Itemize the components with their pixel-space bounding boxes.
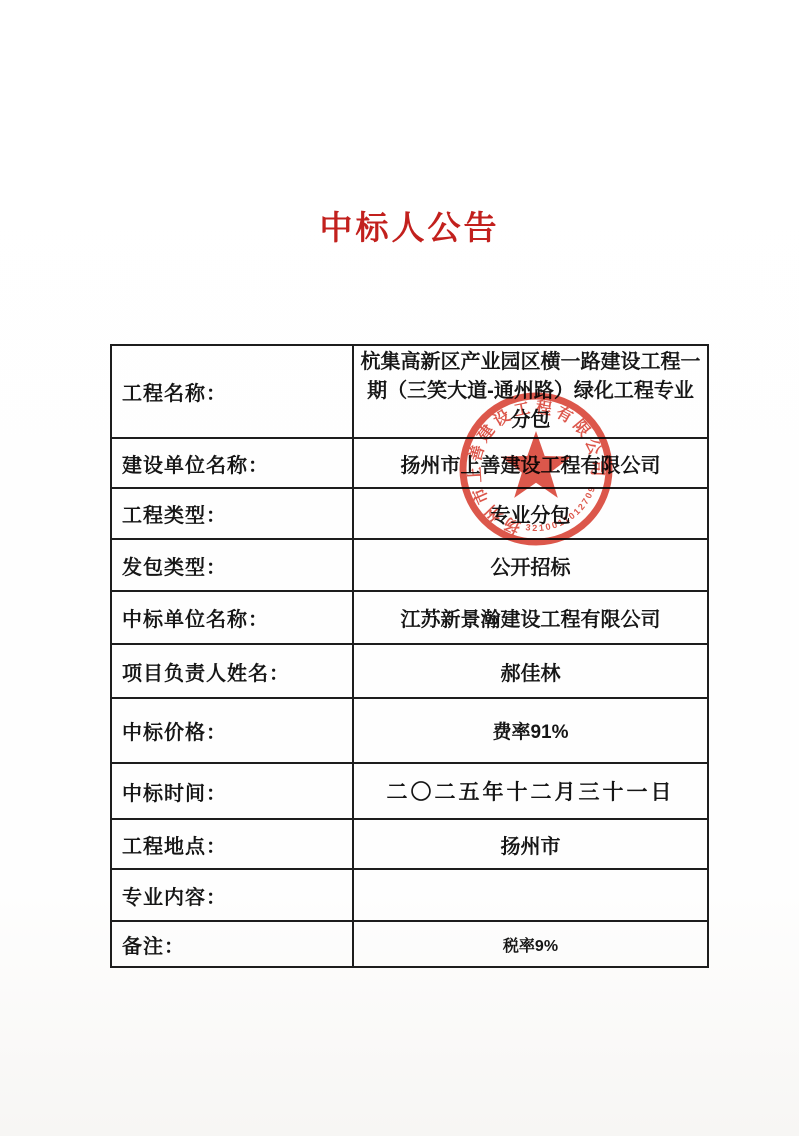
row-label: 中标单位名称： — [111, 591, 353, 644]
table-row: 中标时间： 二〇二五年十二月三十一日 — [111, 763, 708, 819]
table-row: 发包类型： 公开招标 — [111, 539, 708, 591]
row-value: 公开招标 — [353, 539, 708, 591]
row-value: 扬州市上善建设工程有限公司 — [353, 438, 708, 488]
row-value: 税率9% — [353, 921, 708, 967]
row-value: 郝佳林 — [353, 644, 708, 698]
page-title: 中标人公告 — [110, 202, 709, 249]
table-row: 项目负责人姓名： 郝佳林 — [111, 644, 708, 698]
row-value: 专业分包 — [353, 488, 708, 539]
table-row: 备注： 税率9% — [111, 921, 708, 967]
table-row: 工程类型： 专业分包 — [111, 488, 708, 539]
row-value: 杭集高新区产业园区横一路建设工程一期（三笑大道-通州路）绿化工程专业分包 — [353, 345, 708, 438]
row-label: 工程地点： — [111, 819, 353, 869]
table-row: 工程地点： 扬州市 — [111, 819, 708, 869]
row-label: 专业内容： — [111, 869, 353, 921]
row-value: 江苏新景瀚建设工程有限公司 — [353, 591, 708, 644]
table-row: 建设单位名称： 扬州市上善建设工程有限公司 — [111, 438, 708, 488]
document-page: 中标人公告 工程名称： 杭集高新区产业园区横一路建设工程一期（三笑大道-通州路）… — [0, 0, 799, 1136]
row-value: 费率91% — [353, 698, 708, 763]
bid-announcement-table: 工程名称： 杭集高新区产业园区横一路建设工程一期（三笑大道-通州路）绿化工程专业… — [110, 344, 709, 968]
row-label: 建设单位名称： — [111, 438, 353, 488]
table-row: 中标单位名称： 江苏新景瀚建设工程有限公司 — [111, 591, 708, 644]
table-row: 专业内容： — [111, 869, 708, 921]
table-row: 中标价格： 费率91% — [111, 698, 708, 763]
table-row: 工程名称： 杭集高新区产业园区横一路建设工程一期（三笑大道-通州路）绿化工程专业… — [111, 345, 708, 438]
row-label: 项目负责人姓名： — [111, 644, 353, 698]
row-label: 工程类型： — [111, 488, 353, 539]
row-label: 中标价格： — [111, 698, 353, 763]
row-label: 备注： — [111, 921, 353, 967]
row-value — [353, 869, 708, 921]
row-label: 中标时间： — [111, 763, 353, 819]
row-label: 工程名称： — [111, 345, 353, 438]
row-value: 扬州市 — [353, 819, 708, 869]
row-label: 发包类型： — [111, 539, 353, 591]
row-value: 二〇二五年十二月三十一日 — [353, 763, 708, 819]
